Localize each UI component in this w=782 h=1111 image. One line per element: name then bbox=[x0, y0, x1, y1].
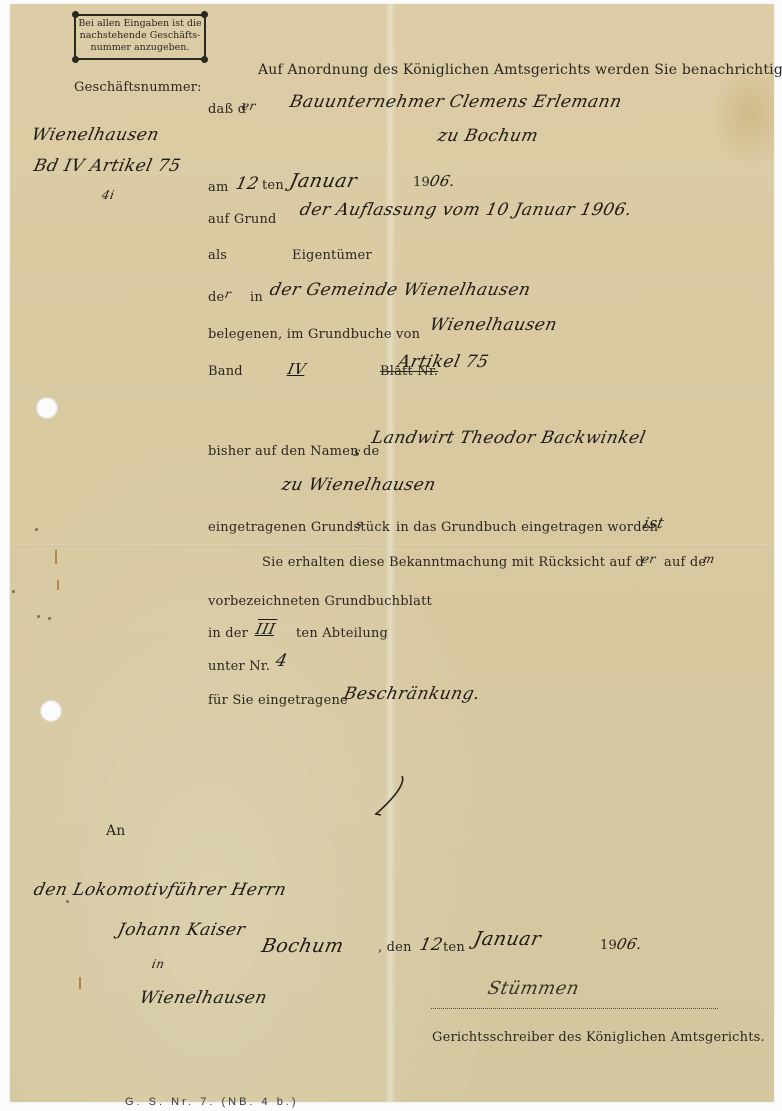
recipient-name: Johann Kaiser bbox=[116, 920, 247, 940]
eingetragen-suffix: ist bbox=[642, 514, 666, 532]
dass-suffix: er bbox=[241, 99, 258, 113]
recipient-title: den Lokomotivführer Herrn bbox=[32, 880, 288, 900]
new-owner-location: zu Bochum bbox=[436, 126, 540, 146]
am-day: 12 bbox=[234, 174, 261, 194]
corner-dot bbox=[72, 56, 79, 63]
new-owner-name: Bauunternehmer Clemens Erlemann bbox=[288, 92, 624, 112]
am-ten: ten bbox=[262, 178, 284, 193]
clerk-signature: Stümmen bbox=[486, 978, 582, 999]
punch-hole bbox=[36, 397, 58, 419]
case-number-place: Wienelhausen bbox=[30, 125, 161, 145]
case-number-reference: Bd IV Artikel 75 bbox=[32, 156, 183, 176]
issue-day: 12 bbox=[418, 935, 445, 955]
notice-line: nummer anzugeben. bbox=[76, 42, 204, 54]
issue-month: Januar bbox=[472, 928, 544, 950]
an-label: An bbox=[106, 823, 126, 839]
rust-mark bbox=[55, 550, 57, 564]
previous-owner-location: zu Wienelhausen bbox=[280, 475, 438, 495]
bekanntmachung-mid: auf de bbox=[664, 555, 706, 570]
fold-line bbox=[10, 544, 774, 546]
eingetragen-rest: in das Grundbuch eingetragen worden bbox=[396, 520, 658, 535]
rust-mark bbox=[79, 977, 81, 989]
artikel-number: Artikel 75 bbox=[396, 352, 491, 372]
issue-place: Bochum bbox=[260, 935, 346, 957]
abteilung-prefix: in der bbox=[208, 626, 248, 641]
pen-stroke-mark bbox=[372, 772, 412, 820]
previous-owner-name: Landwirt Theodor Backwinkel bbox=[370, 428, 648, 448]
am-month: Januar bbox=[288, 170, 360, 192]
abteilung-number: III bbox=[254, 620, 277, 638]
nr-label: unter Nr. bbox=[208, 659, 270, 674]
stain-spot bbox=[12, 590, 15, 593]
auf-grund-reason: der Auflassung vom 10 Januar 1906. bbox=[298, 200, 634, 220]
intro-text: Auf Anordnung des Königlichen Amtsgerich… bbox=[258, 62, 782, 78]
fuer-label: für Sie eingetragene bbox=[208, 693, 348, 708]
am-label: am bbox=[208, 180, 228, 195]
als-value: Eigentümer bbox=[292, 248, 372, 263]
form-code: G. S. Nr. 7. (NB. 4 b.) bbox=[125, 1096, 299, 1108]
rust-mark bbox=[57, 580, 59, 590]
belegenen-label: belegenen, im Grundbuche von bbox=[208, 327, 420, 342]
case-number-label: Geschäftsnummer: bbox=[74, 80, 202, 95]
als-label: als bbox=[208, 248, 227, 263]
bekanntmachung-hand-1: er bbox=[641, 552, 658, 566]
notice-text: Bei allen Eingaben ist die nachstehende … bbox=[76, 18, 204, 54]
signature-line bbox=[431, 1008, 718, 1009]
corner-dot bbox=[201, 11, 208, 18]
corner-dot bbox=[201, 56, 208, 63]
corner-dot bbox=[72, 11, 79, 18]
eingetragene-art: Beschränkung. bbox=[342, 684, 482, 704]
der-label: de bbox=[208, 290, 224, 305]
recipient-place: Wienelhausen bbox=[138, 988, 269, 1008]
notice-line: nachstehende Geschäfts- bbox=[76, 30, 204, 42]
issue-ten: ten bbox=[443, 940, 465, 955]
issue-year-hand: 06. bbox=[615, 935, 644, 953]
bekanntmachung-text: Sie erhalten diese Bekanntmachung mit Rü… bbox=[262, 555, 644, 570]
am-year-hand: 06. bbox=[428, 172, 457, 190]
auf-grund-label: auf Grund bbox=[208, 212, 277, 227]
punch-hole bbox=[40, 700, 62, 722]
in-label: in bbox=[250, 290, 263, 305]
abteilung-suffix: ten Abteilung bbox=[296, 626, 388, 641]
den-label: , den bbox=[378, 940, 412, 955]
grundbuch-district: Wienelhausen bbox=[428, 315, 559, 335]
notice-line: Bei allen Eingaben ist die bbox=[76, 18, 204, 30]
municipality: der Gemeinde Wienelhausen bbox=[268, 280, 533, 300]
band-number: IV bbox=[286, 360, 308, 378]
vorbezeichneten-label: vorbezeichneten Grundbuchblatt bbox=[208, 594, 432, 609]
stain-spot bbox=[37, 615, 40, 618]
band-label: Band bbox=[208, 364, 243, 379]
clerk-title: Gerichtsschreiber des Königlichen Amtsge… bbox=[432, 1030, 765, 1045]
stain-spot bbox=[35, 528, 38, 531]
notice-box: Bei allen Eingaben ist die nachstehende … bbox=[76, 14, 204, 60]
stain-spot bbox=[66, 900, 69, 903]
stain-spot bbox=[48, 617, 51, 620]
